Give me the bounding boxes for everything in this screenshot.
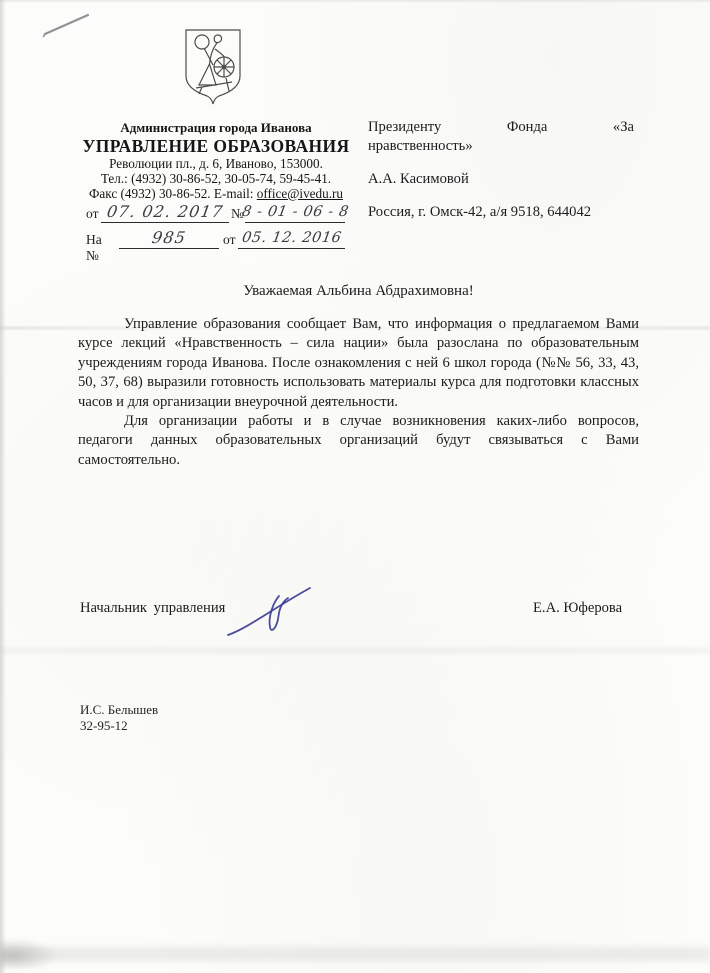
signature-ink-icon bbox=[224, 577, 314, 647]
executor-name: И.С. Белышев bbox=[80, 702, 158, 718]
outgoing-number-field: 8 - 01 - 06 - 8 bbox=[245, 198, 345, 223]
coat-of-arms-icon bbox=[182, 27, 244, 107]
recipient-title-line1: Президенту Фонда «За bbox=[368, 118, 634, 137]
org-name: УПРАВЛЕНИЕ ОБРАЗОВАНИЯ bbox=[80, 136, 352, 156]
org-address: Революции пл., д. 6, Иваново, 153000. bbox=[80, 157, 352, 172]
scan-shadow-bottom bbox=[0, 947, 710, 961]
outgoing-date-field: 07. 02. 2017 bbox=[101, 198, 229, 223]
scan-smudge-corner bbox=[0, 938, 58, 968]
executor-phone: 32-95-12 bbox=[80, 718, 158, 734]
signer-position: Начальник управления bbox=[80, 600, 225, 617]
outgoing-date-handwritten: 07. 02. 2017 bbox=[105, 203, 224, 222]
incoming-number-field: 985 bbox=[119, 224, 219, 249]
outgoing-number-handwritten: 8 - 01 - 06 - 8 bbox=[240, 203, 350, 222]
executor-block: И.С. Белышев 32-95-12 bbox=[80, 702, 158, 734]
incoming-from-label: от bbox=[223, 232, 235, 248]
incoming-date-field: 05. 12. 2016 bbox=[238, 224, 345, 249]
scan-edge-left bbox=[0, 0, 6, 973]
org-parent-name: Администрация города Иванова bbox=[80, 120, 352, 135]
recipient-address: Россия, г. Омск-42, а/я 9518, 644042 bbox=[368, 203, 634, 222]
body-paragraph-1: Управление образования сообщает Вам, что… bbox=[78, 315, 639, 412]
signer-name: Е.А. Юферова bbox=[533, 600, 622, 617]
scan-edge-top bbox=[0, 0, 710, 3]
letter-body: Управление образования сообщает Вам, что… bbox=[78, 315, 639, 470]
paper-crease-lower bbox=[0, 648, 710, 653]
outgoing-from-label: от bbox=[86, 206, 98, 222]
body-paragraph-2: Для организации работы и в случае возник… bbox=[78, 412, 639, 470]
recipient-block: Президенту Фонда «За нравственность» А.А… bbox=[368, 118, 634, 222]
letterhead-block: Администрация города Иванова УПРАВЛЕНИЕ … bbox=[80, 120, 352, 201]
org-phones: Тел.: (4932) 30-86-52, 30-05-74, 59-45-4… bbox=[80, 172, 352, 187]
scanned-letter-page: Администрация города Иванова УПРАВЛЕНИЕ … bbox=[0, 0, 710, 973]
incoming-number-label: На № bbox=[86, 232, 102, 264]
incoming-number-handwritten: 985 bbox=[150, 229, 187, 248]
pen-mark-icon bbox=[38, 8, 98, 42]
incoming-date-handwritten: 05. 12. 2016 bbox=[240, 229, 342, 248]
salutation: Уважаемая Альбина Абдрахимовна! bbox=[78, 283, 639, 300]
recipient-name: А.А. Касимовой bbox=[368, 170, 634, 189]
recipient-title-line2: нравственность» bbox=[368, 137, 634, 156]
